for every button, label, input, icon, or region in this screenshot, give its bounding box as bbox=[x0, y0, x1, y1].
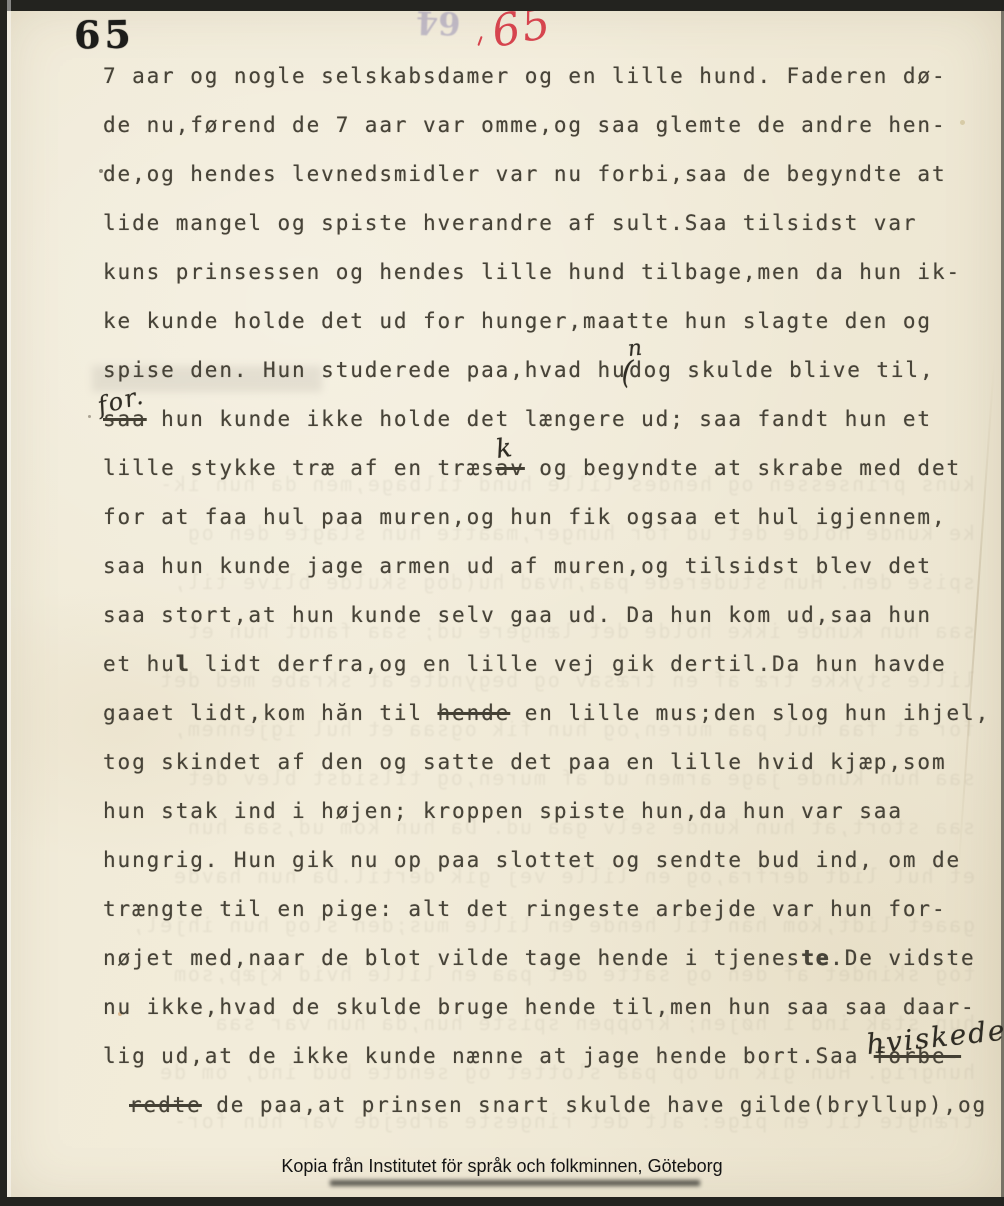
typed-text: de paa,at prinsen snart skulde have gild… bbox=[202, 1093, 987, 1117]
typed-text: lille stykke træ af en træs bbox=[103, 456, 496, 480]
text-line: nøjet med,naar de blot vilde tage hende … bbox=[103, 934, 990, 983]
text-line: lille stykke træ af en træskav og begynd… bbox=[103, 444, 990, 493]
typed-text: nu ikke,hvad de skulde bruge hende til,m… bbox=[103, 995, 976, 1019]
typed-text: gaaet lidt,kom hăn til bbox=[103, 701, 438, 725]
typed-text: 7 aar og nogle selskabsdamer og en lille… bbox=[103, 64, 947, 88]
typed-text: .De vidste bbox=[830, 946, 975, 970]
typed-text: kuns prinsessen og hendes lille hund til… bbox=[103, 260, 961, 284]
text-line: gaaet lidt,kom hăn til hende en lille mu… bbox=[103, 689, 990, 738]
text-line: ke kunde holde det ud for hunger,maatte … bbox=[103, 297, 990, 346]
text-line: saa hun kunde jage armen ud af muren,og … bbox=[103, 542, 990, 591]
text-line: hun stak ind i højen; kroppen spiste hun… bbox=[103, 787, 990, 836]
typed-text: hun stak ind i højen; kroppen spiste hun… bbox=[103, 799, 903, 823]
text-line: nu ikke,hvad de skulde bruge hende til,m… bbox=[103, 983, 990, 1032]
scanned-document-page: kuns prinsessen og hendes lille hund til… bbox=[0, 0, 1004, 1206]
typed-text: de nu,førend de 7 aar var omme,og saa gl… bbox=[103, 113, 947, 137]
text-line: for at faa hul paa muren,og hun fik ogsa… bbox=[103, 493, 990, 542]
typed-text: for at faa hul paa muren,og hun fik ogsa… bbox=[103, 505, 947, 529]
scan-edge-bottom bbox=[0, 1197, 1004, 1206]
handwritten-annotation: n bbox=[626, 337, 644, 361]
scan-edge-highlight bbox=[7, 0, 11, 1206]
archive-footer-caption: Kopia från Institutet för språk och folk… bbox=[0, 1156, 1004, 1177]
text-line: lide mangel og spiste hverandre af sult.… bbox=[103, 199, 990, 248]
text-line: hungrig. Hun gik nu op paa slottet og se… bbox=[103, 836, 990, 885]
text-line: spise den. Hun studerede paa,hvad hun(do… bbox=[103, 346, 990, 395]
typed-text: lig ud,at de ikke kunde nænne at jage he… bbox=[103, 1044, 874, 1068]
typed-text: hungrig. Hun gik nu op paa slottet og se… bbox=[103, 848, 961, 872]
text-line: saa stort,at hun kunde selv gaa ud. Da h… bbox=[103, 591, 990, 640]
scan-smudge bbox=[330, 1180, 700, 1186]
text-line: et hul lidt derfra,og en lille vej gik d… bbox=[103, 640, 990, 689]
scan-edge-top bbox=[0, 0, 1004, 11]
typed-text: redte bbox=[129, 1093, 202, 1117]
typed-text: hende bbox=[438, 701, 511, 725]
text-line: tog skindet af den og satte det paa en l… bbox=[103, 738, 990, 787]
typed-text: ke kunde holde det ud for hunger,maatte … bbox=[103, 309, 932, 333]
text-line: kuns prinsessen og hendes lille hund til… bbox=[103, 248, 990, 297]
typed-text: saa stort,at hun kunde selv gaa ud. Da h… bbox=[103, 603, 932, 627]
red-pen-tick bbox=[477, 36, 482, 46]
typed-text: saa hun kunde jage armen ud af muren,og … bbox=[103, 554, 932, 578]
text-line: 7 aar og nogle selskabsdamer og en lille… bbox=[103, 52, 990, 101]
typed-text: l bbox=[176, 652, 191, 676]
typed-text: en lille mus;den slog hun ihjel, bbox=[510, 701, 990, 725]
typed-text: og begyndte at skrabe med det bbox=[525, 456, 961, 480]
typed-text: tog skindet af den og satte det paa en l… bbox=[103, 750, 947, 774]
text-line: trængte til en pige: alt det ringeste ar… bbox=[103, 885, 990, 934]
typed-text: lidt derfra,og en lille vej gik dertil.D… bbox=[190, 652, 946, 676]
typed-text: spise den. Hun studerede paa,hvad hu bbox=[103, 358, 627, 382]
typed-text: trængte til en pige: alt det ringeste ar… bbox=[103, 897, 947, 921]
typed-text-block: 7 aar og nogle selskabsdamer og en lille… bbox=[103, 52, 990, 1130]
text-line: redte de paa,at prinsen snart skulde hav… bbox=[103, 1081, 990, 1130]
typed-text: hun kunde ikke holde det længere ud; saa… bbox=[147, 407, 932, 431]
typed-text: et hu bbox=[103, 652, 176, 676]
handwritten-annotation: k bbox=[494, 435, 515, 463]
page-number-stamp: 65 bbox=[74, 11, 136, 57]
text-line: de nu,førend de 7 aar var omme,og saa gl… bbox=[103, 101, 990, 150]
typed-text: dog skulde blive til, bbox=[629, 358, 934, 382]
typed-text: de,og hendes levnedsmidler var nu forbi,… bbox=[103, 162, 947, 186]
ink-speck bbox=[88, 415, 91, 418]
typed-text: lide mangel og spiste hverandre af sult.… bbox=[103, 211, 917, 235]
scan-edge-left bbox=[0, 0, 7, 1206]
text-line: de,og hendes levnedsmidler var nu forbi,… bbox=[103, 150, 990, 199]
typed-text: nøjet med,naar de blot vilde tage hende … bbox=[103, 946, 801, 970]
typed-text: te bbox=[801, 946, 830, 970]
text-line: lig ud,at de ikke kunde nænne at jage he… bbox=[103, 1032, 990, 1081]
text-line: for.saa hun kunde ikke holde det længere… bbox=[103, 395, 990, 444]
